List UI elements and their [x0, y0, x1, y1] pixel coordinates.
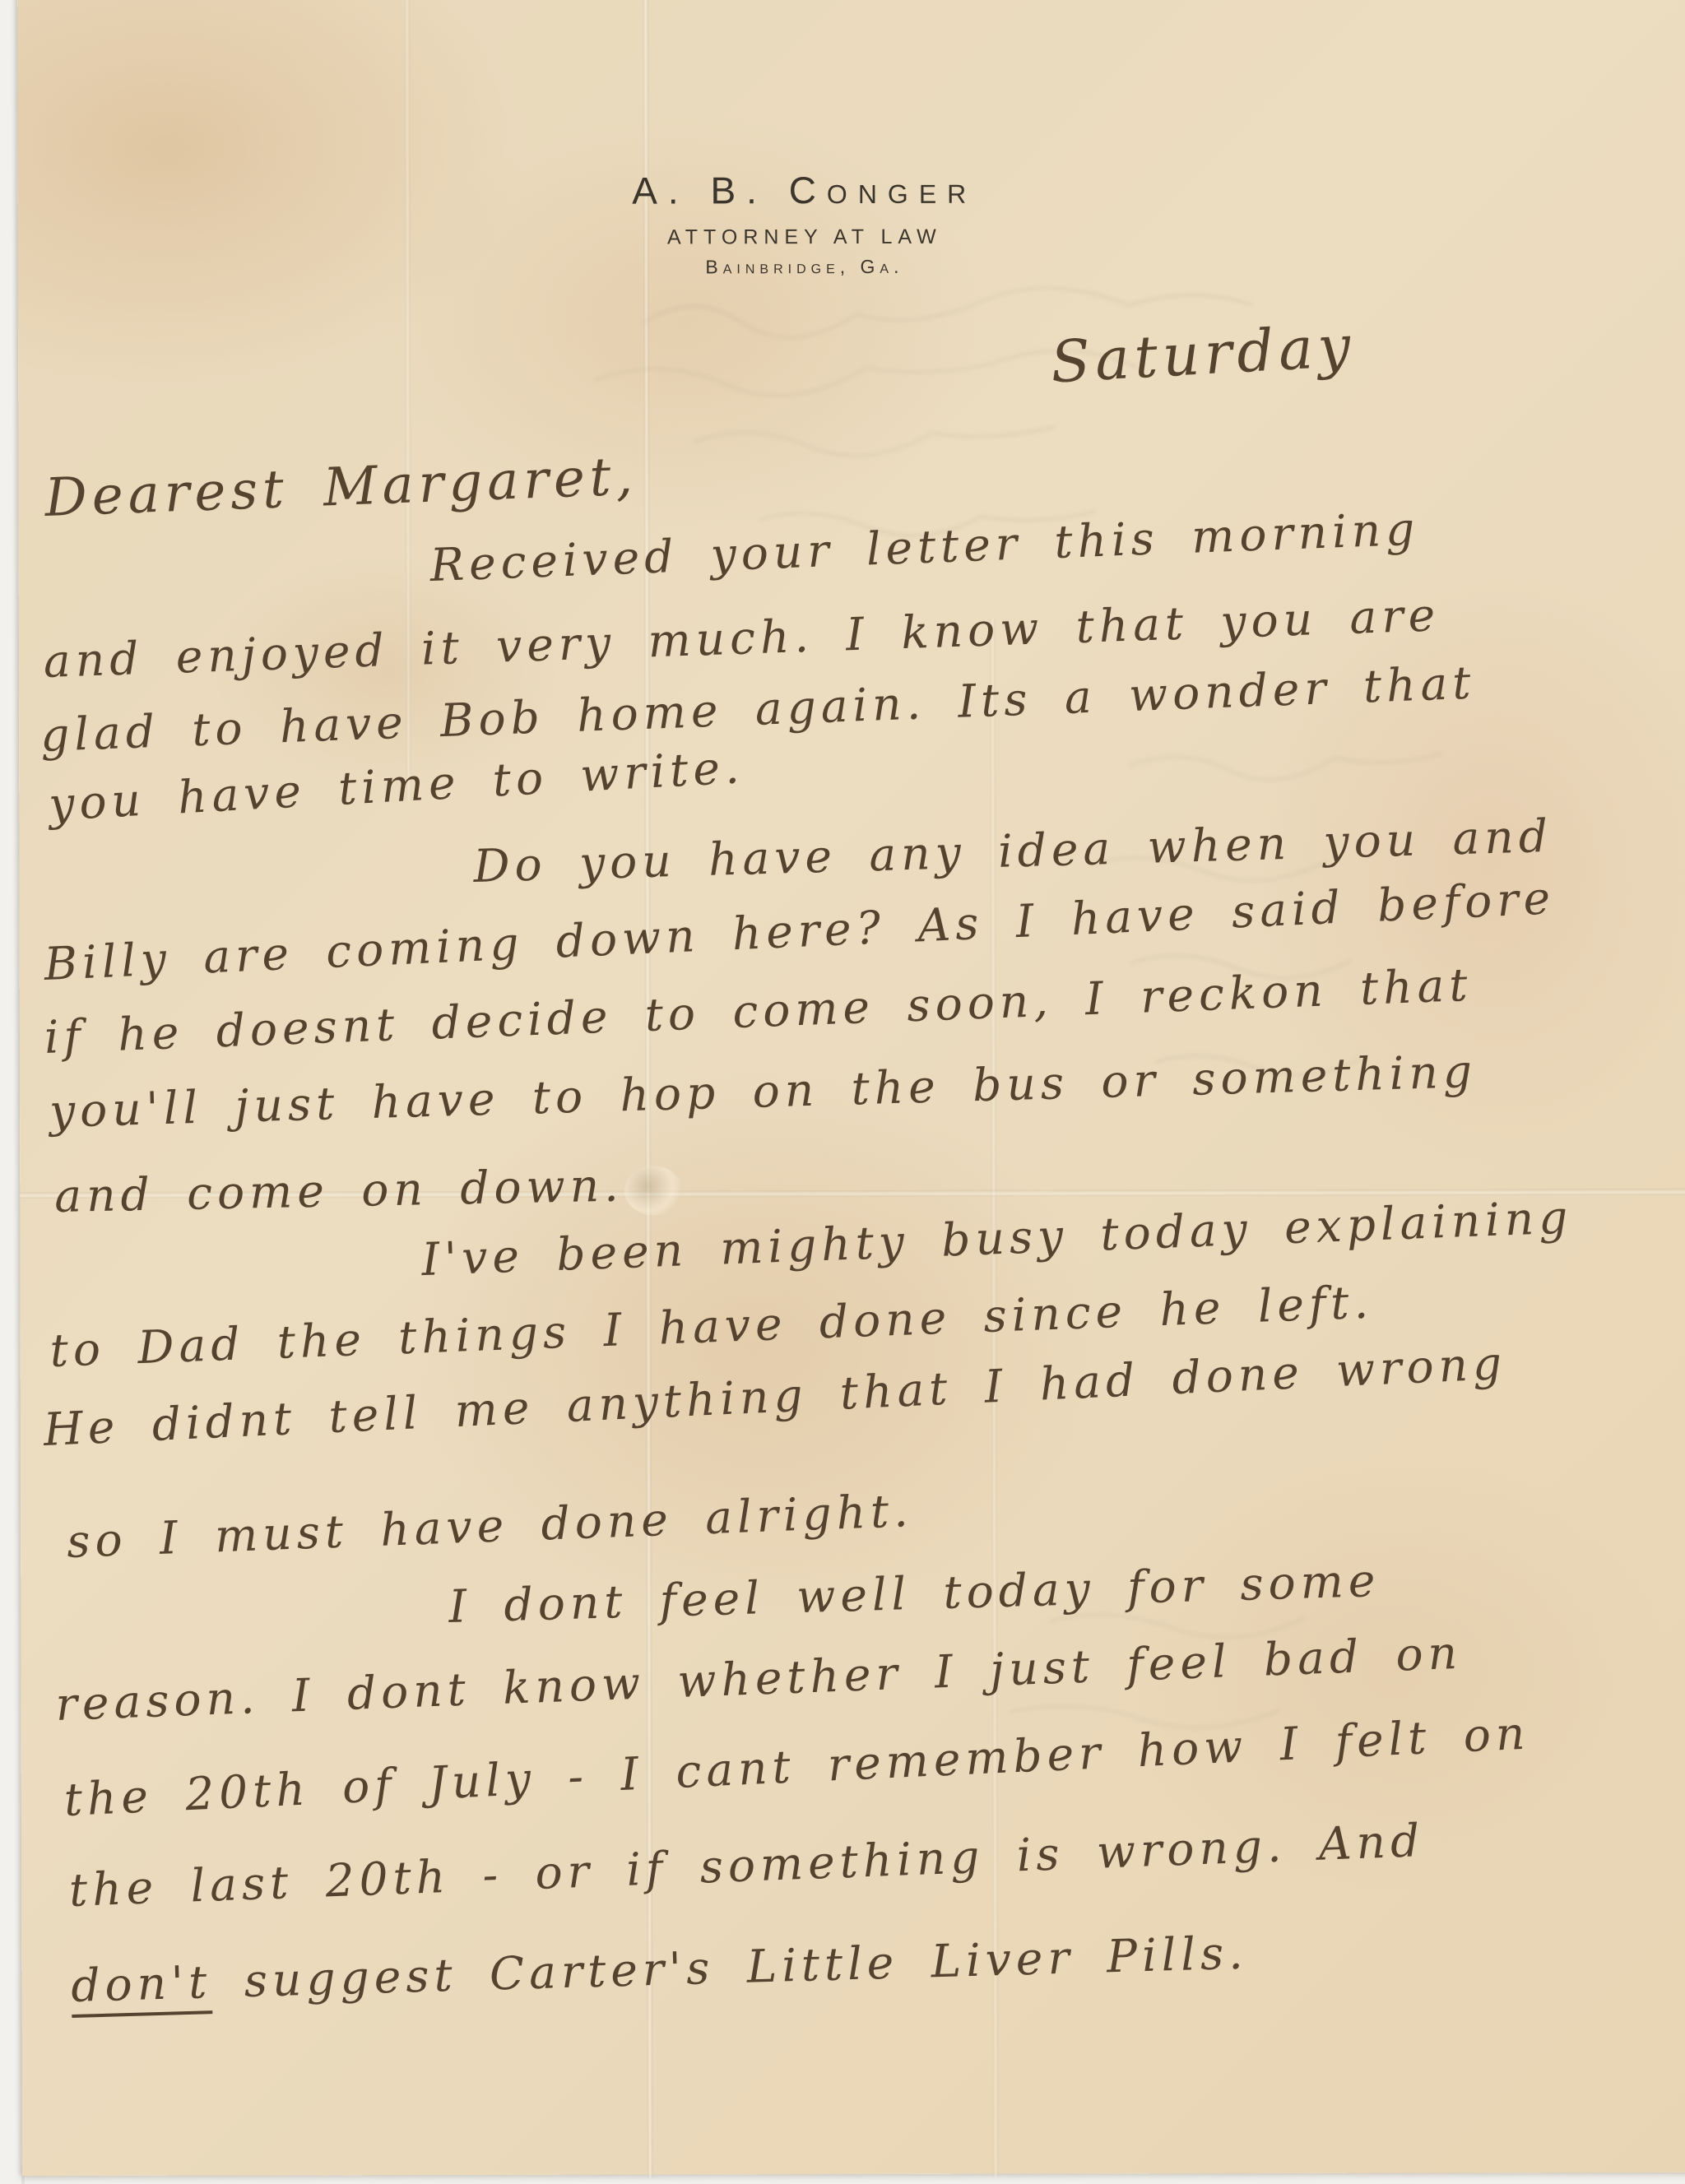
- underlined-word: don't: [70, 1955, 212, 2018]
- handwritten-line: and come on down.: [54, 1159, 624, 1223]
- letterhead: A. B. Conger ATTORNEY AT LAW Bainbridge,…: [18, 166, 1591, 280]
- letterhead-title: ATTORNEY AT LAW: [18, 224, 1591, 251]
- letterhead-name: A. B. Conger: [18, 166, 1591, 214]
- letter-paper: A. B. Conger ATTORNEY AT LAW Bainbridge,…: [17, 0, 1685, 2176]
- scanner-background: A. B. Conger ATTORNEY AT LAW Bainbridge,…: [0, 0, 1685, 2184]
- letterhead-location: Bainbridge, Ga.: [18, 254, 1591, 280]
